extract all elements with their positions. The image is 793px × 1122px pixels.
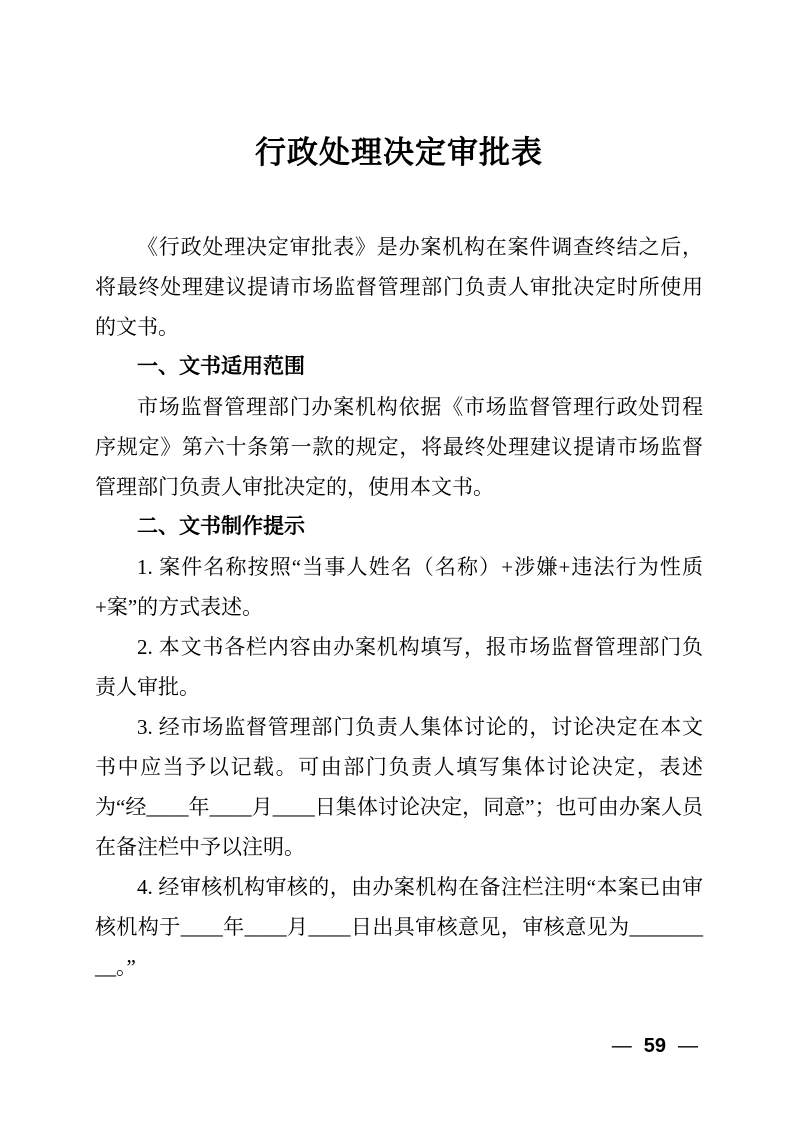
intro-paragraph: 《行政处理决定审批表》是办案机构在案件调查终结之后，将最终处理建议提请市场监督管… <box>95 227 703 347</box>
section-heading-tips: 二、文书制作提示 <box>95 507 703 547</box>
page-title: 行政处理决定审批表 <box>95 131 703 175</box>
page-number: 59 <box>644 1035 666 1057</box>
document-page: 行政处理决定审批表 《行政处理决定审批表》是办案机构在案件调查终结之后，将最终处… <box>0 0 793 1122</box>
section-scope-paragraph: 市场监督管理部门办案机构依据《市场监督管理行政处罚程序规定》第六十条第一款的规定… <box>95 387 703 507</box>
tip-item-4: 4. 经审核机构审核的，由办案机构在备注栏注明“本案已由审核机构于____年__… <box>95 867 703 987</box>
page-body: 行政处理决定审批表 《行政处理决定审批表》是办案机构在案件调查终结之后，将最终处… <box>95 131 703 987</box>
tip-item-2: 2. 本文书各栏内容由办案机构填写，报市场监督管理部门负责人审批。 <box>95 627 703 707</box>
section-heading-scope: 一、文书适用范围 <box>95 347 703 387</box>
footer-dash-left: — <box>612 1035 632 1057</box>
page-footer: —59— <box>612 1033 698 1059</box>
tip-item-3: 3. 经市场监督管理部门负责人集体讨论的，讨论决定在本文书中应当予以记载。可由部… <box>95 707 703 867</box>
tip-item-1: 1. 案件名称按照“当事人姓名（名称）+涉嫌+违法行为性质+案”的方式表述。 <box>95 547 703 627</box>
footer-dash-right: — <box>678 1035 698 1057</box>
